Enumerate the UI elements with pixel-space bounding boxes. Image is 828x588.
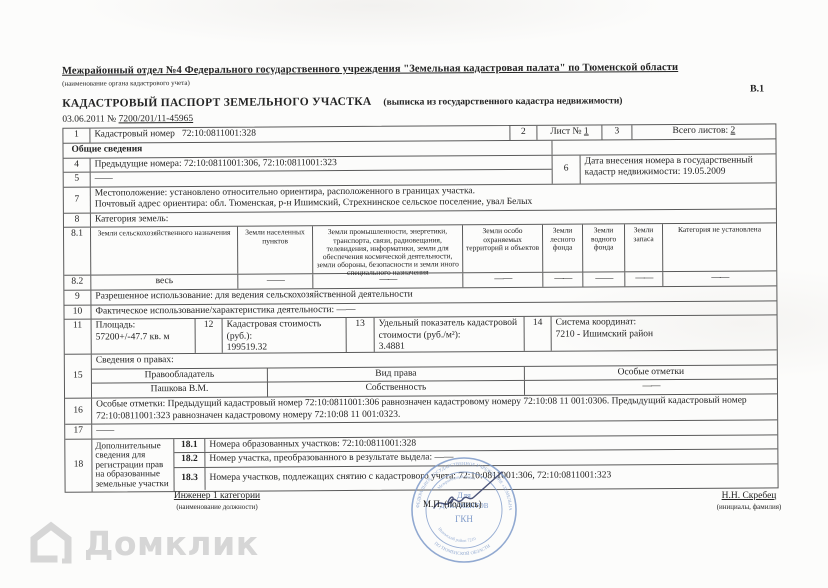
previous-numbers-block: 4 Предыдущие номера: 72:10:0811001:306, …	[64, 155, 552, 186]
category-col-protected: Земли особо охраняемых территорий и объе…	[462, 225, 542, 272]
subrow-number: 18.2	[174, 453, 204, 467]
rights-notes-value: ——	[524, 380, 777, 395]
row-number: 15	[65, 355, 91, 398]
row-number: 14	[524, 317, 551, 351]
round-stamp-seal: ФЕДЕРАЛЬНОЕ ГОСУДАРСТВЕННОЕ УЧРЕЖДЕНИЕ «…	[404, 450, 524, 570]
row-number: 12	[195, 319, 222, 353]
document-number: 7200/201/11-45965	[119, 114, 194, 124]
row-rights-info: 15 Сведения о правах: Правообладатель Ви…	[65, 350, 777, 398]
row-category-columns: 8.1 Земли сельскохозяйственного назначен…	[64, 223, 776, 275]
document-subtitle: (выписка из государственного кадастра не…	[383, 96, 622, 107]
signer-name: Н.Н. Скребец	[664, 491, 828, 501]
total-sheets-cell: Всего листов: 2	[631, 124, 775, 139]
registration-date-cell: Дата внесения номера в государственный к…	[580, 154, 776, 183]
category-col-settlements: Земли населенных пунктов	[237, 227, 312, 274]
row-number: 8.1	[64, 228, 90, 275]
row-number: 8.2	[64, 276, 90, 290]
rights-col-holder: Правообладатель	[92, 368, 267, 383]
rows-previous-numbers-and-date: 4 Предыдущие номера: 72:10:0811001:306, …	[64, 153, 776, 187]
row-number: 17	[65, 425, 91, 439]
area-cell: Площадь: 57200+/-47.7 кв. м	[91, 319, 195, 354]
row-number: 9	[64, 291, 90, 305]
stamp-inner-top-text: Межрайонный отдел	[436, 474, 476, 490]
row-location: 7 Местоположение: установлено относитель…	[64, 182, 776, 213]
cadastral-number-value: 72:10:0811001:328	[182, 129, 256, 139]
additional-info-label: Дополнительные сведения для регистрации …	[91, 439, 173, 491]
category-val: ——	[662, 272, 776, 286]
document-date: 03.06.2011 №	[62, 114, 116, 124]
row-number: 16	[65, 399, 91, 424]
category-val: ——	[582, 273, 624, 287]
subrow-number: 18.3	[174, 468, 204, 490]
row-number: 4	[64, 158, 90, 172]
stamp-center-line3: ГКН	[455, 514, 473, 524]
category-col-reserve: Земли запаса	[624, 225, 662, 272]
mp-signature-label: М.П. (подпись)	[423, 499, 482, 509]
category-val: ——	[237, 275, 312, 289]
row-number: 2	[509, 126, 536, 140]
row-area-cost: 11 Площадь: 57200+/-47.7 кв. м 12 Кадаст…	[65, 315, 777, 354]
document-title-row: КАДАСТРОВЫЙ ПАСПОРТ ЗЕМЕЛЬНОГО УЧАСТКА (…	[62, 89, 776, 111]
category-col-agriculture: Земли сельскохозяйственного назначения	[90, 227, 237, 275]
category-col-water: Земли водного фонда	[582, 225, 624, 272]
org-name-caption: (наименование органа кадастрового учета)	[62, 75, 776, 87]
cadastral-number-cell: Кадастровый номер 72:10:0811001:328	[89, 126, 509, 143]
category-val: ——	[624, 273, 662, 287]
row-number: 13	[346, 318, 374, 352]
signer-caption: (инициалы, фамилия)	[664, 503, 828, 511]
watermark-label: Домклик	[84, 524, 259, 563]
document-title: КАДАСТРОВЫЙ ПАСПОРТ ЗЕМЕЛЬНОГО УЧАСТКА	[62, 96, 371, 110]
category-val: ——	[462, 273, 542, 287]
row-number: 7	[64, 187, 90, 212]
row-number: 8	[64, 213, 90, 227]
row5-empty-value: ——	[90, 170, 552, 186]
document-number-line: 03.06.2011 № 7200/201/11-45965	[62, 110, 776, 124]
row-number: 6	[552, 155, 580, 183]
row-number: 10	[64, 305, 90, 319]
domclick-watermark: Домклик	[28, 521, 259, 565]
cadastral-passport-document: Межрайонный отдел №4 Федерального госуда…	[62, 61, 779, 492]
category-col-industry: Земли промышленности, энергетики, трансп…	[312, 226, 462, 274]
category-val: весь	[90, 275, 237, 289]
rights-type-value: Собственность	[267, 381, 524, 396]
row-number: 1	[63, 129, 89, 143]
rights-holder-value: Пашкова В.М.	[92, 383, 267, 398]
signer-signature-block: Н.Н. Скребец (инициалы, фамилия)	[664, 491, 828, 511]
category-val: ——	[542, 273, 582, 287]
cadastral-number-label: Кадастровый номер	[94, 129, 174, 139]
category-val: ——	[312, 274, 462, 288]
position-signature-block: Инженер 1 категории (наименование должно…	[132, 491, 302, 511]
location-cell: Местоположение: установлено относительно…	[90, 183, 776, 212]
rights-subtable: Сведения о правах: Правообладатель Вид п…	[91, 351, 777, 398]
row-number: 3	[601, 125, 631, 139]
category-col-forest: Земли лесного фонда	[542, 225, 582, 272]
row-number: 18	[65, 439, 91, 491]
org-name: Межрайонный отдел №4 Федерального госуда…	[62, 61, 776, 76]
row-number: 11	[65, 320, 91, 354]
sheet-number-cell: Лист № 1	[536, 125, 601, 139]
special-notes-value: Особые отметки: Предыдущий кадастровый н…	[91, 394, 777, 423]
coordinate-system-cell: Система координат: 7210 - Ишимский район	[551, 316, 777, 351]
empty-cell	[551, 139, 775, 154]
cadastral-cost-cell: Кадастровая стоимость (руб.): 199519.32	[222, 318, 346, 353]
stamp-inner-bottom-text: Ишимский район 7210	[437, 526, 477, 543]
category-col-not-set: Категория не установлена	[662, 224, 776, 272]
position-caption: (наименование должности)	[132, 503, 302, 511]
specific-cost-cell: Удельный показатель кадастровой стоимост…	[374, 317, 524, 352]
row-special-notes: 16 Особые отметки: Предыдущий кадастровы…	[65, 393, 777, 424]
cadastral-form-table: 1 Кадастровый номер 72:10:0811001:328 2 …	[62, 123, 778, 492]
position-name: Инженер 1 категории	[132, 491, 302, 501]
domclick-house-icon	[28, 521, 74, 565]
row-number: 5	[64, 173, 90, 187]
subrow-number: 18.1	[174, 439, 204, 453]
form-code: В.1	[750, 83, 764, 94]
